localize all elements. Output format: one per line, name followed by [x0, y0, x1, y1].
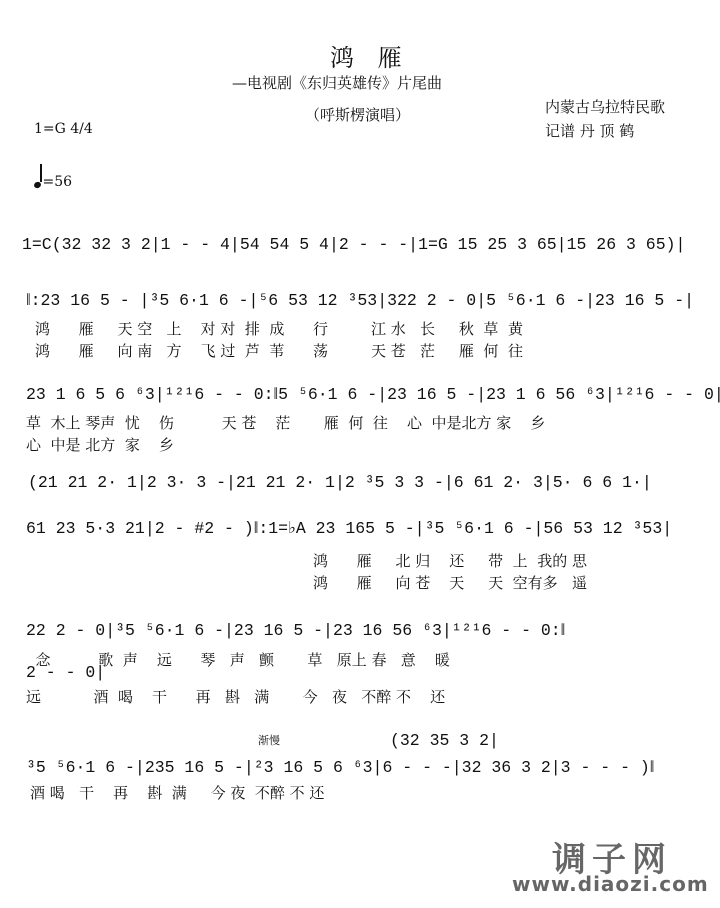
performer: （呼斯楞演唱）	[305, 104, 410, 125]
lyrics-line-2-verse-1: 鸿 雁 天 空 上 对 对 排 成 行 江 水 长 秋 草 黄	[35, 318, 523, 339]
lyrics-line-5-verse-2: 鸿 雁 向 苍 天 天 空有多 遥	[313, 572, 587, 593]
score-line-5: 61 23 5·3 21|2 - #2 - )‖:1=♭A 23 165 5 -…	[26, 518, 672, 538]
lyrics-line-6-verse-2: 远 酒 喝 干 再 斟 满 今 夜 不醉 不 还	[26, 686, 445, 707]
note-stem	[40, 164, 42, 182]
score-line-7-upper: (32 35 3 2|	[390, 731, 499, 750]
tempo-value: =56	[43, 174, 73, 190]
tempo-marking: =56	[34, 168, 72, 190]
watermark-url: www.diaozi.com	[512, 872, 709, 896]
lyrics-line-7: 酒 喝 干 再 斟 满 今 夜 不醉 不 还	[30, 782, 324, 803]
lyrics-line-3-verse-1: 草 木上 琴声 忧 伤 天 苍 茫 雁 何 往 心 中是北方 家 乡	[26, 412, 545, 433]
song-title: 鸿 雁	[330, 38, 410, 73]
score-line-1: 1=C(32 32 3 2|1 - - 4|54 54 5 4|2 - - -|…	[22, 235, 685, 254]
score-line-4: (21 21 2· 1|2 3· 3 -|21 21 2· 1|2 ³5 3 3…	[28, 473, 652, 492]
transcriber: 记谱 丹 顶 鹤	[545, 120, 634, 141]
score-line-3: 23 1 6 5 6 ⁶3|¹²¹6 - - 0:‖5 ⁵6·1 6 -|23 …	[26, 384, 720, 404]
score-line-2: ‖:23 16 5 - |³5 6·1 6 -|⁵6 53 12 ³53|322…	[26, 290, 694, 310]
score-line-6: 22 2 - 0|³5 ⁵6·1 6 -|23 16 5 -|23 16 56 …	[26, 620, 565, 640]
song-origin: 内蒙古乌拉特民歌	[545, 96, 665, 117]
score-line-7: ³5 ⁵6·1 6 -|235 16 5 -|²3 16 5 6 ⁶3|6 - …	[26, 757, 654, 777]
lyrics-line-5-verse-1: 鸿 雁 北 归 还 带 上 我的 思	[313, 550, 587, 571]
key-signature: 1=G 4/4	[34, 121, 93, 137]
score-line-6-alt-ending: 2 - - 0|	[26, 663, 105, 682]
lyrics-line-3-verse-2: 心 中是 北方 家 乡	[26, 434, 174, 455]
tempo-mark-gradually-slower: 渐慢	[258, 732, 280, 748]
quarter-note-icon	[33, 181, 42, 189]
lyrics-line-2-verse-2: 鸿 雁 向 南 方 飞 过 芦 苇 荡 天 苍 茫 雁 何 往	[35, 340, 523, 361]
song-subtitle: —电视剧《东归英雄传》片尾曲	[232, 72, 442, 93]
